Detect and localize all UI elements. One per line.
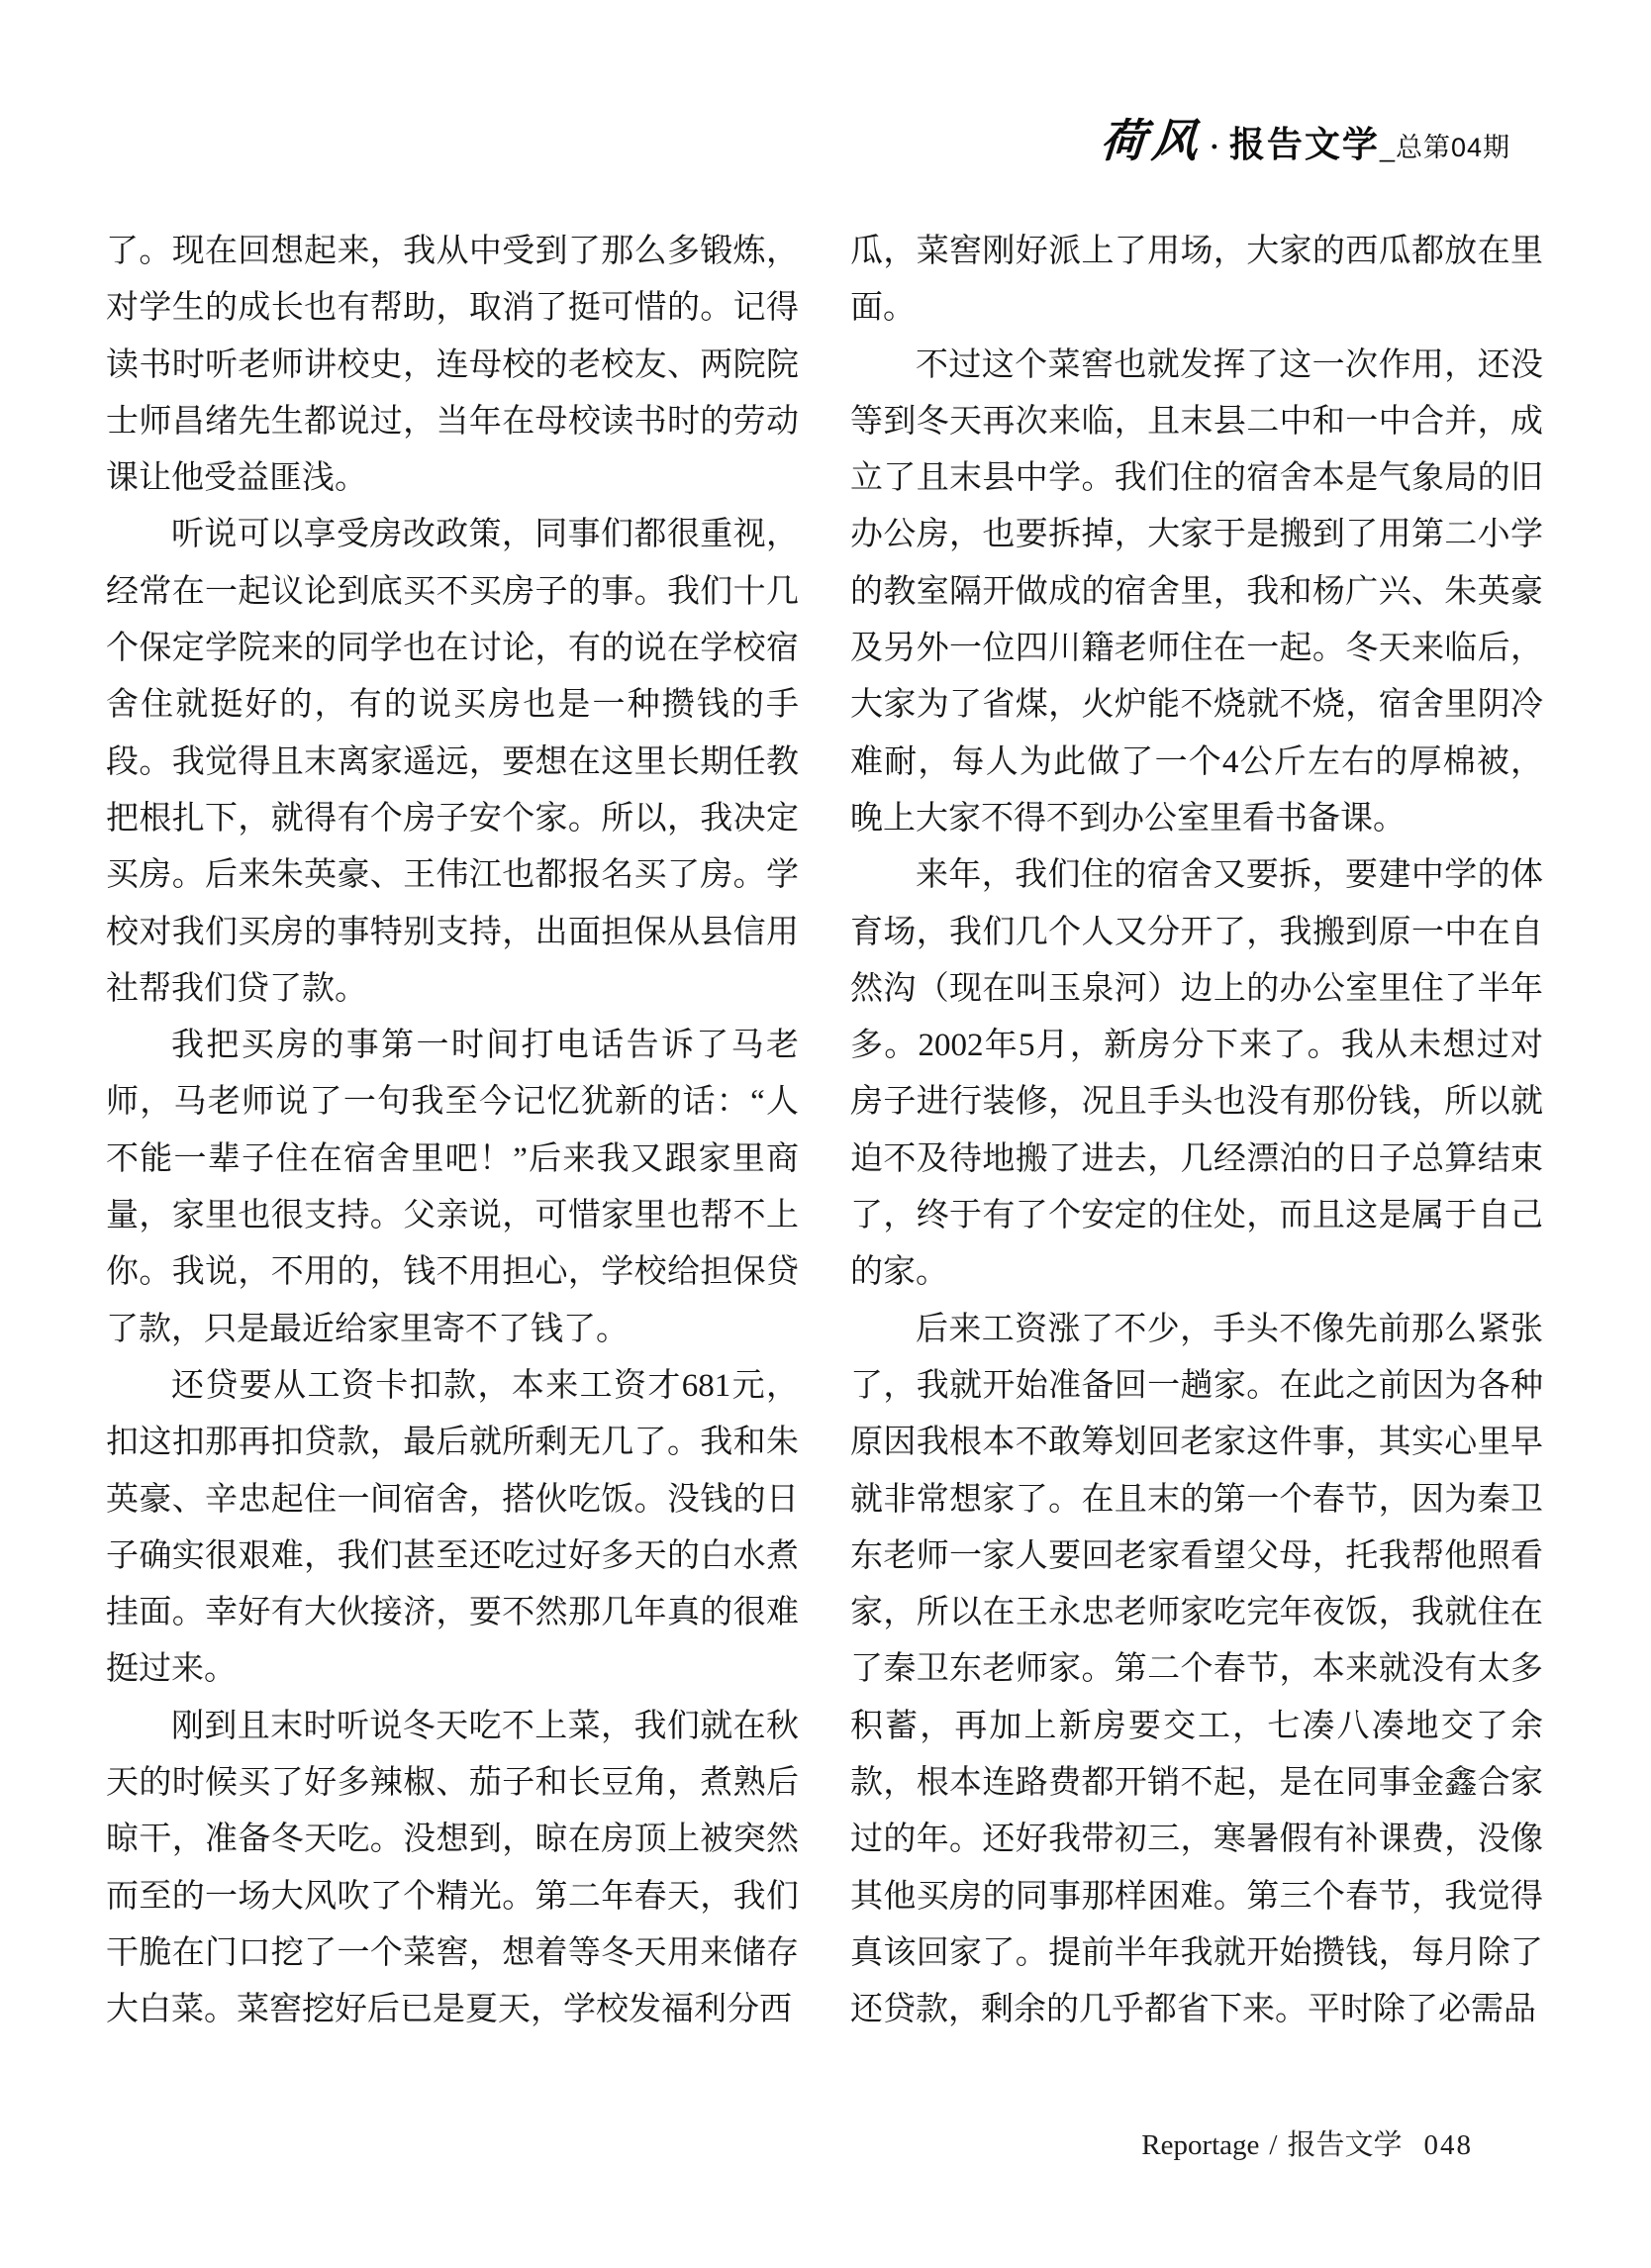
magazine-page: 荷风 · 报告文学 _总第04期 了。现在回想起来，我从中受到了那么多锻炼，对学… <box>0 0 1651 2268</box>
header-separator-dot: · <box>1210 131 1219 164</box>
left-column: 了。现在回想起来，我从中受到了那么多锻炼，对学生的成长也有帮助，取消了挺可惜的。… <box>106 224 799 2039</box>
page-header: 荷风 · 报告文学 _总第04期 <box>1101 105 1510 170</box>
magazine-logo: 荷风 <box>1099 105 1207 170</box>
paragraph: 来年，我们住的宿舍又要拆，要建中学的体育场，我们几个人又分开了，我搬到原一中在自… <box>850 847 1543 1301</box>
footer-separator: / <box>1269 2129 1277 2162</box>
paragraph: 刚到且末时听说冬天吃不上菜，我们就在秋天的时候买了好多辣椒、茄子和长豆角，煮熟后… <box>106 1699 799 2039</box>
paragraph: 了。现在回想起来，我从中受到了那么多锻炼，对学生的成长也有帮助，取消了挺可惜的。… <box>106 224 799 507</box>
footer-section-en: Reportage <box>1141 2129 1259 2162</box>
paragraph: 后来工资涨了不少，手头不像先前那么紧张了，我就开始准备回一趟家。在此之前因为各种… <box>850 1302 1543 2039</box>
paragraph: 还贷要从工资卡扣款，本来工资才681元，扣这扣那再扣贷款，最后就所剩无几了。我和… <box>106 1358 799 1699</box>
footer-section-zh: 报告文学 <box>1287 2122 1402 2163</box>
article-body: 了。现在回想起来，我从中受到了那么多锻炼，对学生的成长也有帮助，取消了挺可惜的。… <box>106 224 1543 2039</box>
header-section-title: 报告文学 <box>1229 117 1380 167</box>
page-number: 048 <box>1424 2129 1474 2162</box>
right-column: 瓜，菜窖刚好派上了用场，大家的西瓜都放在里面。不过这个菜窖也就发挥了这一次作用，… <box>850 224 1543 2039</box>
paragraph: 瓜，菜窖刚好派上了用场，大家的西瓜都放在里面。 <box>850 224 1543 338</box>
paragraph: 我把买房的事第一时间打电话告诉了马老师，马老师说了一句我至今记忆犹新的话：“人不… <box>106 1018 799 1358</box>
page-footer: Reportage / 报告文学 048 <box>1141 2122 1473 2163</box>
paragraph: 不过这个菜窖也就发挥了这一次作用，还没等到冬天再次来临，且末县二中和一中合并，成… <box>850 338 1543 848</box>
paragraph: 听说可以享受房改政策，同事们都很重视，经常在一起议论到底买不买房子的事。我们十几… <box>106 507 799 1018</box>
header-issue-label: _总第04期 <box>1380 126 1510 164</box>
